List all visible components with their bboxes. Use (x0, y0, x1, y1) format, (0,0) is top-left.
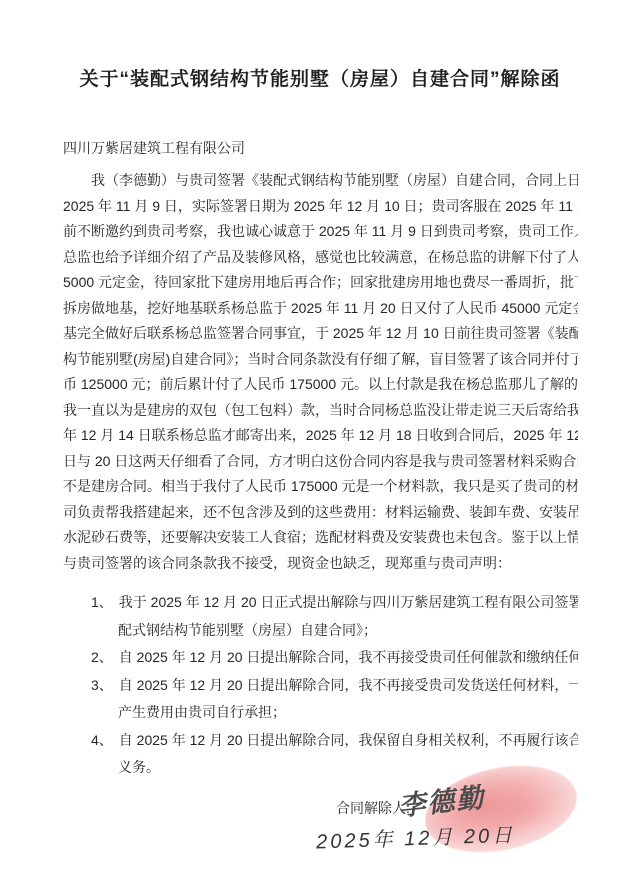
body-line: 基完全做好后联系杨总监签署合同事宜，于 2025 年 12 月 10 日前往贵司… (63, 321, 578, 347)
document-page: 关于“装配式钢结构节能别墅（房屋）自建合同”解除函 四川万紫居建筑工程有限公司 … (0, 0, 640, 885)
list-item-line: 4、自 2025 年 12 月 20 日提出解除合同，我保留自身相关权利，不再履… (63, 727, 578, 755)
list-item-line: 1、我于 2025 年 12 月 20 日正式提出解除与四川万紫居建筑工程有限公… (63, 589, 578, 617)
body-line: 币 125000 元；前后累计付了人民币 175000 元。以上付款是我在杨总监… (63, 372, 578, 398)
body-line: 5000 元定金，待回家批下建房用地后再合作；回家批建房用地也费尽一番周折，批下… (63, 270, 578, 296)
body-line: 日与 20 日这两天仔细看了合同，方才明白这份合同内容是我与贵司签署材料采购合同… (63, 449, 578, 475)
body-line: 总监也给予详细介绍了产品及装修风格，感觉也比较满意，在杨总监的讲解下付了人民币 (63, 245, 578, 271)
list-item: 1、我于 2025 年 12 月 20 日正式提出解除与四川万紫居建筑工程有限公… (63, 589, 578, 644)
list-item-continuation: 产生费用由贵司自行承担； (63, 699, 578, 727)
body-line: 2025 年 11 月 9 日，实际签署日期为 2025 年 12 月 10 日… (63, 194, 578, 220)
signature-label: 合同解除人: (336, 798, 410, 818)
recipient-line: 四川万紫居建筑工程有限公司 (63, 136, 578, 161)
body-line: 不是建房合同。相当于我付了人民币 175000 元是一个材料款，我只是买了贵司的… (63, 474, 578, 500)
body-line: 前不断邀约到贵司考察，我也诚心诚意于 2025 年 11 月 9 日到贵司考察，… (63, 219, 578, 245)
list-item-number: 2、 (91, 649, 113, 665)
body-line: 我一直以为是建房的双包（包工包料）款，当时合同杨总监没让带走说三天后寄给我，20… (63, 398, 578, 424)
numbered-list: 1、我于 2025 年 12 月 20 日正式提出解除与四川万紫居建筑工程有限公… (63, 589, 578, 782)
document-title: 关于“装配式钢结构节能别墅（房屋）自建合同”解除函 (0, 64, 640, 91)
body-line: 年 12 月 14 日联系杨总监才邮寄出来，2025 年 12 月 18 日收到… (63, 423, 578, 449)
list-item-line: 2、自 2025 年 12 月 20 日提出解除合同，我不再接受贵司任何催款和缴… (63, 644, 578, 672)
document-content: 四川万紫居建筑工程有限公司 我（李德勤）与贵司签署《装配式钢结构节能别墅（房屋）… (63, 136, 578, 782)
body-line: 司负责帮我搭建起来，还不包含涉及到的这些费用：材料运输费、装卸车费、安装吊装费、 (63, 500, 578, 526)
body-line: 构节能别墅(房屋)自建合同》；当时合同条款没有仔细了解，盲目签署了该合同并付了人… (63, 347, 578, 373)
list-item-number: 1、 (91, 594, 113, 610)
list-item: 2、自 2025 年 12 月 20 日提出解除合同，我不再接受贵司任何催款和缴… (63, 644, 578, 672)
list-item-number: 4、 (91, 732, 113, 748)
body-line: 拆房做地基，挖好地基联系杨总监于 2025 年 11 月 20 日又付了人民币 … (63, 296, 578, 322)
list-item: 3、自 2025 年 12 月 20 日提出解除合同，我不再接受贵司发货送任何材… (63, 672, 578, 727)
body-line: 我（李德勤）与贵司签署《装配式钢结构节能别墅（房屋）自建合同，合同上日期为 (63, 168, 578, 194)
list-item-continuation: 配式钢结构节能别墅（房屋）自建合同》； (63, 617, 578, 645)
list-item-number: 3、 (91, 677, 113, 693)
body-line: 与贵司签署的该合同条款我不接受，现资金也缺乏，现郑重与贵司声明： (63, 551, 578, 577)
body-line: 水泥砂石费等，还要解决安装工人食宿；选配材料费及安装费也未包含。鉴于以上情况，我 (63, 525, 578, 551)
body-paragraph: 我（李德勤）与贵司签署《装配式钢结构节能别墅（房屋）自建合同，合同上日期为202… (63, 168, 578, 576)
list-item-line: 3、自 2025 年 12 月 20 日提出解除合同，我不再接受贵司发货送任何材… (63, 672, 578, 700)
